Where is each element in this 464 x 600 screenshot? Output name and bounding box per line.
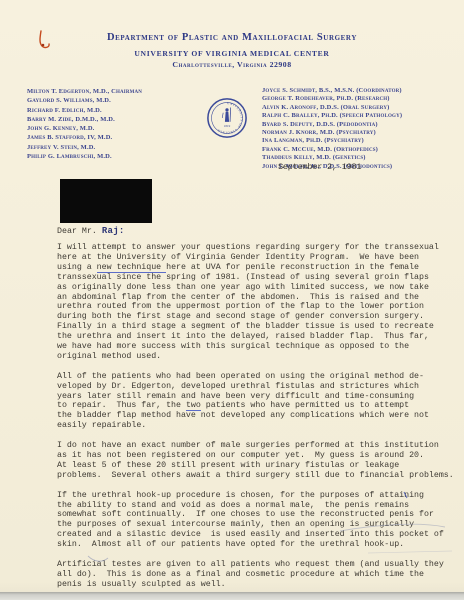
salutation-greeting: Dear Mr. bbox=[57, 227, 102, 236]
letter-date: September 2, 1981 bbox=[278, 162, 361, 172]
staff-member: John G. Kenney, M.D. bbox=[27, 124, 142, 133]
staff-member: Alvin K. Aronoff, D.D.S. (Oral Surgery) bbox=[262, 104, 402, 112]
staff-member: Philip G. Lambruschi, M.D. bbox=[27, 152, 142, 161]
paragraph-4: If the urethral hook-up procedure is cho… bbox=[57, 491, 464, 550]
pen-underlined-text: new technique bbox=[97, 263, 166, 273]
staff-list-left: Milton T. Edgerton, M.D., Chairman Gaylo… bbox=[27, 87, 142, 161]
staff-member: Milton T. Edgerton, M.D., Chairman bbox=[27, 87, 142, 96]
red-ink-dot bbox=[42, 44, 45, 47]
salutation: Dear Mr. Raj: bbox=[57, 226, 125, 236]
staff-member: Barry M. Zide, D.M.D., M.D. bbox=[27, 115, 142, 124]
staff-member: James B. Stafford, IV, M.D. bbox=[27, 133, 142, 142]
letterhead-university: University of Virginia Medical Center bbox=[0, 49, 464, 58]
staff-member: Gaylord S. Williams, M.D. bbox=[27, 96, 142, 105]
staff-member: Byard S. Deputy, D.D.S. (Pedodontia) bbox=[262, 121, 402, 129]
staff-member: Norman J. Knorr, M.D. (Psychiatry) bbox=[262, 129, 402, 137]
paragraph-5: Artificial testes are given to all patie… bbox=[57, 560, 464, 590]
staff-member: Frank C. McCue, M.D. (Orthopedics) bbox=[262, 146, 402, 154]
seal-year: 1819 bbox=[224, 124, 231, 128]
paragraph-2: All of the patients who had been operate… bbox=[57, 372, 464, 431]
salutation-addressee: Raj: bbox=[102, 226, 125, 236]
staff-member: Ina Langman, Ph.D. (Psychiatry) bbox=[262, 137, 402, 145]
university-seal-icon: UNIVERSITY OF VIRGINIA 1819 bbox=[206, 97, 248, 139]
letter-body: I will attempt to answer your questions … bbox=[57, 243, 464, 600]
staff-member: Richard F. Edlich, M.D. bbox=[27, 106, 142, 115]
staff-list-right: Joyce S. Schmidt, B.S., M.S.N. (Coordina… bbox=[262, 87, 402, 171]
seal-figure bbox=[222, 108, 230, 122]
paragraph-3: I do not have an exact number of male su… bbox=[57, 441, 464, 481]
scan-edge-strip bbox=[0, 592, 464, 600]
redaction-block bbox=[60, 179, 152, 223]
staff-member: George T. Rodeheaver, Ph.D. (Research) bbox=[262, 95, 402, 103]
letterhead-address: Charlottesville, Virginia 22908 bbox=[0, 60, 464, 69]
paragraph-1: I will attempt to answer your questions … bbox=[57, 243, 464, 362]
staff-member: Ralph C. Bralley, Ph.D. (Speech Patholog… bbox=[262, 112, 402, 120]
scanned-letter-page: Department of Plastic and Maxillofacial … bbox=[0, 0, 464, 600]
pen-underlined-text: two bbox=[186, 401, 201, 411]
letterhead-department: Department of Plastic and Maxillofacial … bbox=[0, 32, 464, 43]
staff-member: Joyce S. Schmidt, B.S., M.S.N. (Coordina… bbox=[262, 87, 402, 95]
staff-member: Jeffrey V. Stein, M.D. bbox=[27, 143, 142, 152]
paragraph-text: here at UVA for penile reconstruction in… bbox=[57, 263, 434, 361]
